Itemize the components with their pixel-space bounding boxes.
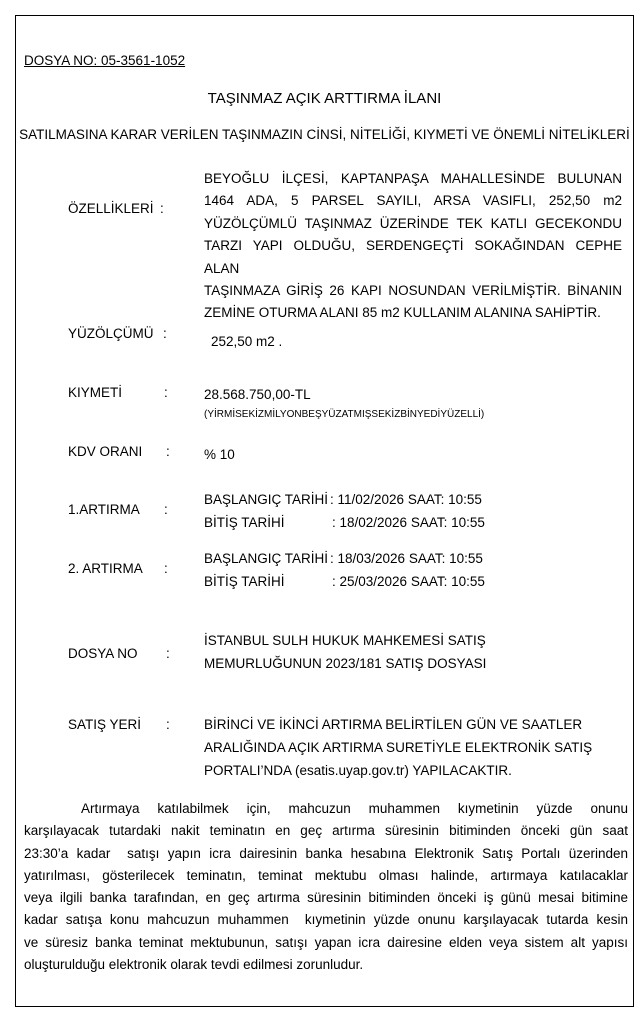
case-file-line: İSTANBUL SULH HUKUK MAHKEMESİ SATIŞ	[204, 633, 486, 648]
auction2-end-label: BİTİŞ TARİHİ	[204, 574, 285, 589]
auction2-start-value: : 18/03/2026 SAAT: 10:55	[330, 551, 483, 566]
paragraph-line: veya ilgili banka tarafından, en geç art…	[24, 887, 628, 909]
features-line: YÜZÖLÇÜMLÜ TAŞINMAZ ÜZERİNDE TEK KATLI G…	[204, 213, 622, 235]
features-colon: :	[160, 201, 164, 216]
sale-place-line: BİRİNCİ VE İKİNCİ ARTIRMA BELİRTİLEN GÜN…	[204, 717, 582, 732]
area-value: 252,50 m2 .	[211, 334, 282, 349]
notice-subtitle: SATILMASINA KARAR VERİLEN TAŞINMAZIN CİN…	[16, 127, 633, 142]
auction2-colon: :	[164, 561, 168, 576]
features-line: TARZI YAPI OLDUĞU, SERDENGEÇTİ SOKAĞINDA…	[204, 235, 622, 280]
case-file-colon: :	[166, 646, 170, 661]
auction2-start-label: BAŞLANGIÇ TARİHİ	[204, 551, 328, 566]
paragraph-line: oluşturulduğu elektronik olarak tevdi ed…	[24, 954, 628, 976]
area-colon: :	[163, 326, 167, 341]
sale-place-label: SATIŞ YERİ	[68, 717, 141, 732]
auction2-end-value: : 25/03/2026 SAAT: 10:55	[332, 574, 485, 589]
value-label: KIYMETİ	[68, 385, 122, 400]
paragraph-line: kadar satışa konu mahcuzun muhammen kıym…	[24, 909, 628, 931]
paragraph-line: karşılayacak tutardaki nakit teminatın e…	[24, 820, 628, 842]
sale-place-line: ARALIĞINDA AÇIK ARTIRMA SURETİYLE ELEKTR…	[204, 740, 592, 755]
value-amount-words: (YİRMİSEKİZMİLYONBEŞYÜZATMIŞSEKİZBİNYEDİ…	[204, 409, 484, 420]
paragraph-line: yatırılması, gösterilecek teminatın, tem…	[24, 865, 628, 887]
case-file-line: MEMURLUĞUNUN 2023/181 SATIŞ DOSYASI	[204, 656, 486, 671]
auction1-start-value: : 11/02/2026 SAAT: 10:55	[330, 492, 482, 507]
auction1-start-label: BAŞLANGIÇ TARİHİ	[204, 492, 328, 507]
auction1-colon: :	[164, 502, 168, 517]
value-colon: :	[164, 385, 168, 400]
value-amount: 28.568.750,00-TL	[204, 387, 311, 402]
area-label: YÜZÖLÇÜMÜ	[68, 326, 154, 341]
features-line: ZEMİNE OTURMA ALANI 85 m2 KULLANIM ALANI…	[204, 302, 622, 324]
features-line: 1464 ADA, 5 PARSEL SAYILI, ARSA VASIFLI,…	[204, 190, 622, 212]
auction1-end-label: BİTİŞ TARİHİ	[204, 515, 285, 530]
auction2-label: 2. ARTIRMA	[68, 561, 143, 576]
sale-place-colon: :	[166, 717, 170, 732]
notice-title: TAŞINMAZ AÇIK ARTTIRMA İLANI	[16, 90, 633, 107]
vat-value: % 10	[204, 447, 235, 462]
auction1-end-value: : 18/02/2026 SAAT: 10:55	[332, 515, 485, 530]
features-description: BEYOĞLU İLÇESİ, KAPTANPAŞA MAHALLESİNDE …	[204, 168, 622, 325]
vat-label: KDV ORANI	[68, 444, 142, 459]
terms-paragraph: Artırmaya katılabilmek için, mahcuzun mu…	[24, 798, 628, 976]
case-file-label: DOSYA NO	[68, 646, 138, 661]
auction1-label: 1.ARTIRMA	[68, 502, 140, 517]
features-label: ÖZELLİKLERİ	[68, 201, 154, 216]
features-line: TAŞINMAZA GİRİŞ 26 KAPI NOSUNDAN VERİLMİ…	[204, 280, 622, 302]
paragraph-line: 23:30’a kadar satışı yapın icra dairesin…	[24, 843, 628, 865]
file-number: DOSYA NO: 05-3561-1052	[24, 53, 185, 68]
vat-colon: :	[166, 444, 170, 459]
paragraph-line: Artırmaya katılabilmek için, mahcuzun mu…	[24, 798, 628, 820]
features-line: BEYOĞLU İLÇESİ, KAPTANPAŞA MAHALLESİNDE …	[204, 168, 622, 190]
paragraph-line: ve süresiz banka teminat mektubunun, sat…	[24, 932, 628, 954]
document-page: DOSYA NO: 05-3561-1052 TAŞINMAZ AÇIK ART…	[15, 15, 634, 1007]
sale-place-line: PORTALI’NDA (esatis.uyap.gov.tr) YAPILAC…	[204, 763, 512, 778]
